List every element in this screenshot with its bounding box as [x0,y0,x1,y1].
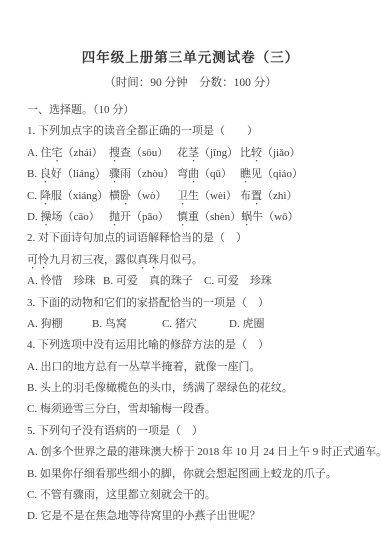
text-segment: 九月初三夜，露似 [49,254,137,266]
text-cell: 3. 下面的动物和它们的家搭配恰当的一项是（ ） [27,293,269,314]
text-cell: C. 梅须逊雪三分白，雪却输梅一段香。 [27,399,216,420]
text-segment: （qū） [199,168,232,180]
text-cell: A. 出口的地方总有一丛草半掩着，就像一座门。 [27,357,260,378]
q2-poem-line: 可怜九月初三夜，露似真珠月似弓。 [27,250,381,271]
emphasized-char: 较 [251,147,262,159]
text-cell: 4. 下列选项中没有运用比喻的修辞方法的是（ ） [27,335,269,356]
text-cell: 5. 下列句子没有语病的一项是（ ） [27,421,203,442]
text-cell: 2. 对下面诗句加点的词语解释恰当的是（ ） [27,228,247,249]
text-segment: A. 狗棚 [27,318,62,330]
text-cell: A. 住宅（zhái） [27,143,109,165]
paper-title: 四年级上册第三单元测试卷（三） [0,0,381,66]
emphasized-char: 真珠 [137,254,159,266]
text-cell: 慎重（shèn） [177,207,241,229]
text-cell: D. 操场（cāo） [27,207,109,229]
text-cell: 比较（jiǎo） [240,143,301,165]
text-segment: 一、选择题。（10 分） [27,104,134,116]
text-cell: C. 不管有骤雨，这里都立刻就会干的。 [27,485,216,506]
emphasized-char: 蜗 [241,211,252,223]
text-cell: 弯曲（qū） [177,164,240,186]
text-cell: 骤雨（zhòu） [109,164,177,186]
text-segment: 布 [240,190,251,202]
text-segment: A. 怜惜 珍珠 [27,275,95,287]
emphasized-char: 卧 [120,190,131,202]
text-segment: 查（sōu） [120,147,168,159]
emphasized-char: 抛 [109,211,120,223]
text-segment: A. 创多个世界之最的港珠澳大桥于 2018 年 10 月 24 日上午 9 时… [27,446,381,458]
text-segment: C. 可爱 珍珠 [204,275,272,287]
q4-option-c: C. 梅须逊雪三分白，雪却输梅一段香。 [27,399,381,420]
text-segment: 重（shèn） [188,211,241,223]
emphasized-char: 宅 [51,147,62,159]
text-segment: C. 猪穴 [162,318,197,330]
text-cell: 抛开（pāo） [109,207,177,229]
text-segment: C. 不管有骤雨，这里都立刻就会干的。 [27,489,216,501]
text-segment: 3. 下面的动物和它们的家搭配恰当的一项是（ ） [27,297,269,309]
text-cell: C. 降服（xiáng） [27,186,109,208]
q3-options: A. 狗棚B. 鸟窝C. 猪穴D. 虎圈 [27,314,381,335]
q1-option-b: B. 良好（liáng）骤雨（zhòu）弯曲（qū）瞧见（qiáo） [27,164,381,185]
q1-option-a: A. 住宅（zhái）搜查（sōu）花茎（jīng）比较（jiǎo） [27,143,381,164]
emphasized-char: 卫 [177,190,188,202]
paper-subtitle: （时间：90 分钟 分数：100 分） [0,74,381,90]
question-5-stem: 5. 下列句子没有语病的一项是（ ） [27,421,381,442]
emphasized-char: 可怜 [27,254,49,266]
text-cell: 搜查（sōu） [109,143,177,165]
text-cell: D. 虎圈 [229,314,264,335]
question-2-stem: 2. 对下面诗句加点的词语解释恰当的是（ ） [27,228,381,249]
text-cell: B. 可爱 真的珠子 [103,271,204,292]
text-segment: D. [27,211,40,223]
text-cell: C. 可爱 珍珠 [204,271,272,292]
q2-options: A. 怜惜 珍珠B. 可爱 真的珠子C. 可爱 珍珠 [27,271,381,292]
text-cell: 蜗牛（wō） [241,207,298,229]
text-segment: 雨（zhòu） [120,168,174,180]
text-segment: 开（pāo） [120,211,169,223]
text-segment: 比 [240,147,251,159]
text-segment: 1. 下列加点字的读音全都正确的一项是（ ） [27,125,258,137]
text-segment: C. 梅须逊雪三分白，雪却输梅一段香。 [27,403,216,415]
text-segment: （zhì） [262,190,297,202]
text-segment: 生（wèi） [188,190,237,202]
text-segment: D. 虎圈 [229,318,264,330]
emphasized-char: 降 [40,190,51,202]
emphasized-char: 操 [40,211,51,223]
text-cell: A. 狗棚 [27,314,92,335]
test-paper-page: 四年级上册第三单元测试卷（三） （时间：90 分钟 分数：100 分） 一、选择… [0,0,381,540]
text-segment: 花 [177,147,188,159]
text-segment: 牛（wō） [252,211,298,223]
text-cell: 花茎（jīng） [177,143,240,165]
emphasized-char: 置 [251,190,262,202]
text-segment: 见（qiáo） [251,168,303,180]
text-cell: A. 创多个世界之最的港珠澳大桥于 2018 年 10 月 24 日上午 9 时… [27,442,381,463]
q4-option-b: B. 头上的羽毛像橄榄色的头巾，绣满了翠绿色的花纹。 [27,378,381,399]
text-segment: B. 如果你仔细看那些细小的脚，你就会想起图画上蛟龙的爪子。 [27,468,337,480]
text-cell: B. 头上的羽毛像橄榄色的头巾，绣满了翠绿色的花纹。 [27,378,293,399]
text-segment: 场（cāo） [51,211,99,223]
text-segment: 弯 [177,168,188,180]
text-cell: C. 猪穴 [162,314,229,335]
text-segment: （jiǎo） [262,147,301,159]
question-4-stem: 4. 下列选项中没有运用比喻的修辞方法的是（ ） [27,335,381,356]
q5-option-a: A. 创多个世界之最的港珠澳大桥于 2018 年 10 月 24 日上午 9 时… [27,442,381,463]
text-segment: C. [27,190,40,202]
text-cell: B. 鸟窝 [92,314,162,335]
emphasized-char: 瞧 [240,168,251,180]
text-segment: 月似弓。 [159,254,203,266]
emphasized-char: 良 [40,168,51,180]
text-cell: 瞧见（qiáo） [240,164,303,186]
text-cell: A. 怜惜 珍珠 [27,271,103,292]
emphasized-char: 曲 [188,168,199,180]
emphasized-char: 搜 [109,147,120,159]
text-segment: 好（liáng） [51,168,106,180]
text-cell: 可怜九月初三夜，露似真珠月似弓。 [27,250,203,272]
emphasized-char: 骤 [109,168,120,180]
question-3-stem: 3. 下面的动物和它们的家搭配恰当的一项是（ ） [27,293,381,314]
text-segment: 4. 下列选项中没有运用比喻的修辞方法的是（ ） [27,339,269,351]
text-segment: 5. 下列句子没有语病的一项是（ ） [27,425,203,437]
text-cell: 布置（zhì） [240,186,297,208]
text-segment: B. 鸟窝 [92,318,127,330]
text-cell: B. 如果你仔细看那些细小的脚，你就会想起图画上蛟龙的爪子。 [27,464,337,485]
text-segment: （jīng） [199,147,238,159]
text-segment: （wò） [131,190,166,202]
text-cell: B. 良好（liáng） [27,164,109,186]
text-cell: 1. 下列加点字的读音全都正确的一项是（ ） [27,121,258,142]
text-cell: 卫生（wèi） [177,186,240,208]
text-segment: B. 头上的羽毛像橄榄色的头巾，绣满了翠绿色的花纹。 [27,382,293,394]
text-segment: 横 [109,190,120,202]
paper-body: 一、选择题。（10 分）1. 下列加点字的读音全都正确的一项是（ ）A. 住宅（… [27,100,381,528]
q5-option-c: C. 不管有骤雨，这里都立刻就会干的。 [27,485,381,506]
q5-option-b: B. 如果你仔细看那些细小的脚，你就会想起图画上蛟龙的爪子。 [27,464,381,485]
text-segment: （zhái） [62,147,102,159]
emphasized-char: 慎 [177,211,188,223]
text-segment: 2. 对下面诗句加点的词语解释恰当的是（ ） [27,232,247,244]
q1-option-d: D. 操场（cāo）抛开（pāo）慎重（shèn）蜗牛（wō） [27,207,381,228]
text-segment: B. [27,168,40,180]
text-segment: A. 出口的地方总有一丛草半掩着，就像一座门。 [27,361,260,373]
text-segment: 服（xiáng） [51,190,108,202]
q1-option-c: C. 降服（xiáng）横卧（wò）卫生（wèi）布置（zhì） [27,186,381,207]
q4-option-a: A. 出口的地方总有一丛草半掩着，就像一座门。 [27,357,381,378]
emphasized-char: 茎 [188,147,199,159]
text-cell: 一、选择题。（10 分） [27,100,134,121]
question-1-stem: 1. 下列加点字的读音全都正确的一项是（ ） [27,121,381,142]
text-segment: B. 可爱 真的珠子 [103,275,193,287]
section-heading: 一、选择题。（10 分） [27,100,381,121]
text-cell: 横卧（wò） [109,186,177,208]
page-number: - 1 - [0,510,381,519]
text-segment: A. 住 [27,147,51,159]
